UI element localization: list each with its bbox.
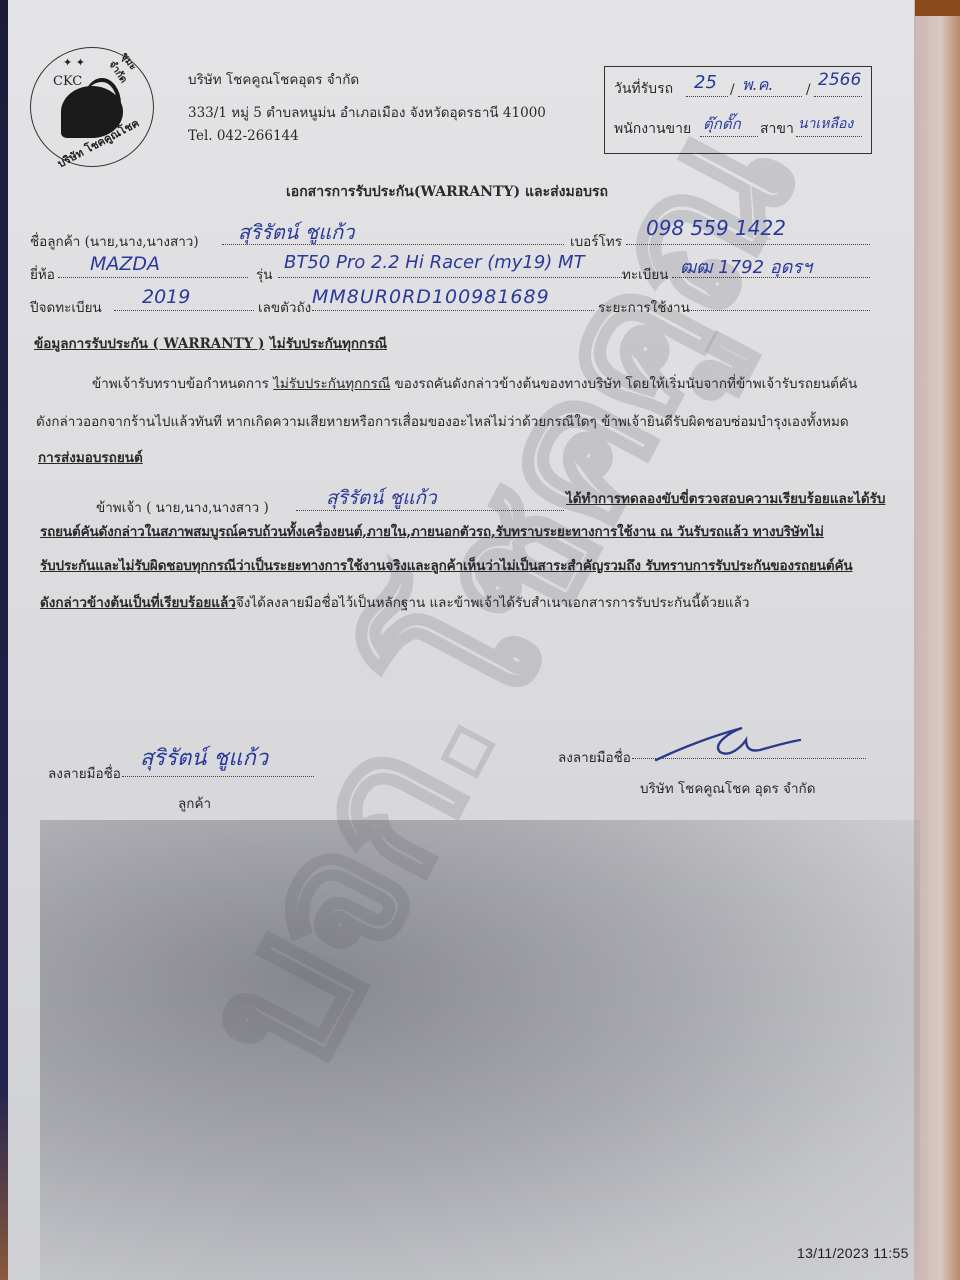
registration-year-label: ปีจดทะเบียน (30, 296, 102, 318)
date-day-line (686, 96, 728, 97)
branch-label: สาขา (760, 118, 794, 140)
warranty-text-emphasis: ไม่รับประกันทุกกรณี (273, 376, 390, 392)
document-title: เอกสารการรับประกัน(WARRANTY) และส่งมอบรถ (286, 181, 608, 203)
brand-line (58, 277, 248, 278)
model-label: รุ่น (256, 263, 272, 285)
warranty-heading-note: ไม่รับประกันทุกกรณี (270, 332, 387, 354)
phone-label: เบอร์โทร (570, 230, 622, 252)
date-month-value: พ.ค. (742, 73, 773, 98)
model-value: BT50 Pro 2.2 Hi Racer (my19) MT (284, 252, 585, 273)
company-signature (650, 722, 810, 766)
branch-value: นาเหลือง (798, 113, 853, 135)
delivery-heading: การส่งมอบรถยนต์ (38, 446, 143, 468)
chassis-label: เลขตัวถัง (258, 296, 311, 318)
brand-value: MAZDA (90, 253, 160, 275)
plate-value: ฒฒ 1792 อุดรฯ (680, 252, 812, 281)
brand-label: ยี่ห้อ (30, 263, 55, 285)
photo-timestamp: 13/11/2023 11:55 (797, 1245, 909, 1261)
date-day-value: 25 (694, 72, 717, 93)
delivery-line-4: ดังกล่าวข้างต้นเป็นที่เรียบร้อยแล้วจึงได… (40, 591, 749, 613)
stars-icon: ✦ ✦ (63, 56, 85, 69)
logo-abbr: CKC (53, 74, 82, 89)
delivery-line-4-rest: จึงได้ลงลายมือชื่อไว้เป็นหลักฐาน และข้าพ… (236, 595, 750, 611)
company-caption: บริษัท โชคคูณโชค อุดร จำกัด (640, 777, 816, 799)
branch-line (796, 136, 862, 137)
background-stacked-paper (912, 0, 960, 1280)
customer-signature: สุริรัตน์ ชูแก้ว (140, 740, 268, 775)
registration-year-line (114, 310, 254, 311)
date-sep-1: / (730, 82, 735, 98)
registration-year-value: 2019 (142, 286, 190, 308)
delivery-name-value: สุริรัตน์ ชูแก้ว (326, 483, 437, 513)
chassis-line (312, 310, 594, 311)
warranty-text-rest: ของรถคันดังกล่าวข้างต้นของทางบริษัท โดยใ… (390, 376, 857, 392)
warranty-heading: ข้อมูลการรับประกัน ( WARRANTY ) (34, 332, 264, 354)
company-name: บริษัท โชคคูณโชคอุดร จำกัด (188, 68, 359, 90)
customer-caption: ลูกค้า (178, 792, 211, 814)
warranty-text-lead: ข้าพเจ้ารับทราบข้อกำหนดการ (92, 376, 273, 392)
mileage-label: ระยะการใช้งาน (598, 296, 690, 318)
company-phone: Tel. 042-266144 (188, 128, 299, 144)
customer-sign-label: ลงลายมือชื่อ (48, 762, 121, 784)
mileage-line (684, 310, 870, 311)
salesperson-value: ตุ๊กตั๊ก (703, 112, 741, 136)
date-sep-2: / (806, 82, 811, 98)
company-logo: ✦ ✦ CKC ชุมะ จำกัด บริษัท โชคคูณโชค (30, 47, 154, 167)
delivery-lead: ข้าพเจ้า ( นาย,นาง,นางสาว ) (96, 496, 269, 518)
delivery-line-4-underlined: ดังกล่าวข้างต้นเป็นที่เรียบร้อยแล้ว (40, 595, 236, 611)
model-line (278, 277, 626, 278)
chassis-value: MM8UR0RD100981689 (312, 286, 550, 308)
receive-date-label: วันที่รับรถ (614, 78, 673, 100)
plate-label: ทะเบียน (622, 263, 668, 285)
date-year-line (814, 96, 862, 97)
delivery-line-2: รถยนต์คันดังกล่าวในสภาพสมบูรณ์ครบถ้วนทั้… (40, 520, 824, 542)
phone-line (626, 244, 870, 245)
phone-value: 098 559 1422 (646, 216, 786, 240)
customer-sign-line (122, 776, 314, 777)
company-address: 333/1 หมู่ 5 ตำบลหนูม่น อำเภอเมือง จังหว… (188, 101, 546, 123)
company-sign-label: ลงลายมือชื่อ (558, 746, 631, 768)
date-year-value: 2566 (818, 70, 861, 90)
salesperson-label: พนักงานขาย (614, 118, 691, 140)
background-desk-corner (915, 0, 960, 16)
customer-name-value: สุริรัตน์ ชูแก้ว (238, 216, 355, 248)
warranty-paragraph-line-2: ดังกล่าวออกจากร้านไปแล้วทันที หากเกิดควา… (36, 410, 849, 432)
customer-name-label: ชื่อลูกค้า (นาย,นาง,นางสาว) (30, 230, 199, 252)
delivery-line-1-end: ได้ทำการทดลองขับขี่ตรวจสอบความเรียบร้อยแ… (566, 487, 885, 509)
salesperson-line (700, 136, 758, 137)
delivery-line-3: รับประกันและไม่รับผิดชอบทุกกรณีว่าเป็นระ… (40, 554, 852, 576)
warranty-paragraph-line-1: ข้าพเจ้ารับทราบข้อกำหนดการ ไม่รับประกันท… (92, 372, 857, 394)
